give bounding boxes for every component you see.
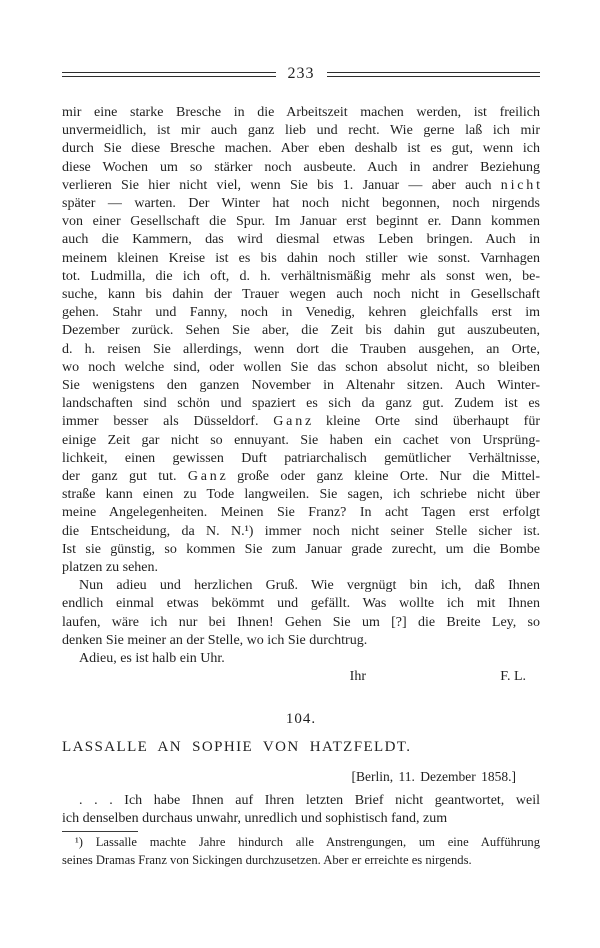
text-line: Nun adieu und herzlichen Gruß. Wie vergn… [62, 577, 540, 595]
signature-salutation: Ihr [350, 668, 366, 686]
text-line: meinem kleinen Kreise ist es bis dahin n… [62, 250, 540, 268]
text-line: immer besser als Düsseldorf. G a n z kle… [62, 413, 540, 431]
text-line: später — warten. Der Winter hat noch nic… [62, 195, 540, 213]
text-line: laufen, wäre ich nur bei Ihnen! Gehen Si… [62, 614, 540, 632]
text-line: d. h. reisen Sie allerdings, wenn dort d… [62, 341, 540, 359]
text-line: suche, kann bis dahin der Trauer wegen a… [62, 286, 540, 304]
text-line: meine Angelegenheiten. Meinen Sie Franz?… [62, 504, 540, 522]
letter-103-body: mir eine starke Bresche in die Arbeitsze… [62, 104, 540, 687]
text-line: durch Sie diese Bresche machen. Aber ebe… [62, 140, 540, 158]
footnote: ¹) Lassalle machte Jahre hindurch alle A… [62, 834, 540, 869]
head-rule-right [327, 72, 541, 77]
letter-104-paragraph: . . . Ich habe Ihnen auf Ihren letzten B… [62, 792, 540, 828]
letter-heading: LASSALLE AN SOPHIE VON HATZFELDT. [62, 739, 540, 756]
text-line: der ganz gut tut. G a n z große oder gan… [62, 468, 540, 486]
text-line: von einer Gesellschaft die Spur. Im Janu… [62, 213, 540, 231]
paragraph: Nun adieu und herzlichen Gruß. Wie vergn… [62, 577, 540, 650]
text-line: endlich einmal etwas bekömmt und gefällt… [62, 595, 540, 613]
text-line: wo noch welche sind, oder wollen Sie das… [62, 359, 540, 377]
book-page: 233 mir eine starke Bresche in die Arbei… [0, 0, 600, 948]
text-line: denken Sie meiner an der Stelle, wo ich … [62, 632, 540, 650]
letter-number: 104. [62, 711, 540, 728]
text-line: auch die Kammern, das wird diesmal etwas… [62, 231, 540, 249]
running-head: 233 [62, 66, 540, 82]
text-line: diese Wochen um so stärker noch ausbeute… [62, 159, 540, 177]
text-line: platzen zu sehen. [62, 559, 540, 577]
text-line: Dezember zurück. Sehen Sie aber, die Zei… [62, 322, 540, 340]
text-line: seines Dramas Franz von Sickingen durchz… [62, 852, 540, 870]
signature-initials: F. L. [500, 668, 526, 686]
text-block: 233 mir eine starke Bresche in die Arbei… [62, 66, 540, 869]
text-line: . . . Ich habe Ihnen auf Ihren letzten B… [62, 792, 540, 810]
footnote-rule [62, 831, 138, 832]
text-line: tot. Ludmilla, die ich oft, d. h. verhäl… [62, 268, 540, 286]
text-line: lichkeit, einen gewissen Duft patriarcha… [62, 450, 540, 468]
text-line: verlieren Sie hier nicht viel, wenn Sie … [62, 177, 540, 195]
text-line: unvermeidlich, ist mir auch ganz lieb un… [62, 122, 540, 140]
closing-line: Adieu, es ist halb ein Uhr. [62, 650, 540, 668]
text-line: die Entscheidung, da N. N.¹) immer noch … [62, 523, 540, 541]
letter-dateline: [Berlin, 11. Dezember 1858.] [62, 769, 540, 785]
text-line: Sie wenigstens den ganzen November in Al… [62, 377, 540, 395]
paragraph: mir eine starke Bresche in die Arbeitsze… [62, 104, 540, 577]
text-line: gehen. Stahr und Fanny, noch in Venedig,… [62, 304, 540, 322]
text-line: ich denselben durchaus unwahr, unredlich… [62, 810, 540, 828]
text-line: Ist sie günstig, so kommen Sie zum Janua… [62, 541, 540, 559]
text-line: straße kann einen zu Tode langweilen. Si… [62, 486, 540, 504]
page-number: 233 [286, 66, 317, 82]
signature-row: Ihr F. L. [62, 668, 540, 686]
text-line: landschaften sind schön und spaziert es … [62, 395, 540, 413]
text-line: mir eine starke Bresche in die Arbeitsze… [62, 104, 540, 122]
text-line: ¹) Lassalle machte Jahre hindurch alle A… [62, 834, 540, 852]
head-rule-left [62, 72, 276, 77]
text-line: einige Zeit gar nicht so ennuyant. Sie h… [62, 432, 540, 450]
